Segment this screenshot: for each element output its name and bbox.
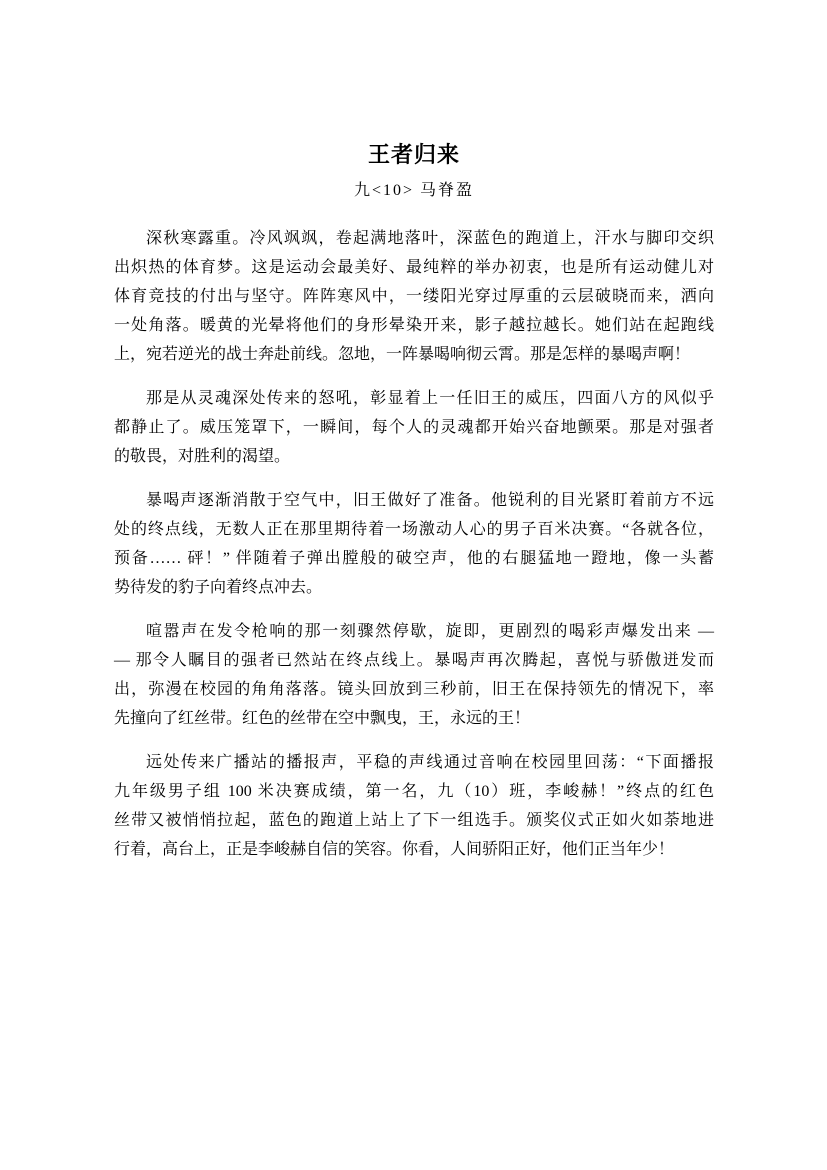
text-line: 远处传来广播站的播报声，平稳的声线通过音响在校园里回荡：“下面播报	[114, 748, 714, 777]
text-line: 体育竞技的付出与坚守。阵阵寒风中，一缕阳光穿过厚重的云层破晓而来，洒向	[114, 282, 714, 311]
document-page: 王者归来 九<10> 马脊盈 深秋寒露重。冷风飒飒，卷起满地落叶，深蓝色的跑道上…	[0, 0, 827, 1170]
text-line: 行着，高台上，正是李峻赫自信的笑容。你看，人间骄阳正好，他们正当年少！	[114, 835, 714, 864]
text-line: 预备…… 砰！” 伴随着子弹出膛般的破空声，他的右腿猛地一蹬地，像一头蓄	[114, 544, 714, 573]
text-line: 先撞向了红丝带。红色的丝带在空中飘曳，王，永远的王！	[114, 704, 714, 733]
paragraph: 喧嚣声在发令枪响的那一刻骤然停歇，旋即，更剧烈的喝彩声爆发出来 — — 那令人瞩…	[114, 617, 714, 733]
text-line: 丝带又被悄悄拉起，蓝色的跑道上站上了下一组选手。颁奖仪式正如火如荼地进	[114, 806, 714, 835]
text-line: 的敬畏，对胜利的渴望。	[114, 442, 714, 471]
text-line: 深秋寒露重。冷风飒飒，卷起满地落叶，深蓝色的跑道上，汗水与脚印交织	[114, 224, 714, 253]
text-line: 喧嚣声在发令枪响的那一刻骤然停歇，旋即，更剧烈的喝彩声爆发出来 —	[114, 617, 714, 646]
text-line: 处的终点线，无数人正在那里期待着一场激动人心的男子百米决赛。“各就各位，	[114, 515, 714, 544]
author-byline: 九<10> 马脊盈	[114, 180, 714, 202]
paragraph: 远处传来广播站的播报声，平稳的声线通过音响在校园里回荡：“下面播报 九年级男子组…	[114, 748, 714, 864]
text-line: 出炽热的体育梦。这是运动会最美好、最纯粹的举办初衷，也是所有运动健儿对	[114, 253, 714, 282]
text-line: 一处角落。暖黄的光晕将他们的身形晕染开来，影子越拉越长。她们站在起跑线	[114, 311, 714, 340]
text-line: 上，宛若逆光的战士奔赴前线。忽地，一阵暴喝响彻云霄。那是怎样的暴喝声啊！	[114, 340, 714, 369]
text-line: 都静止了。威压笼罩下，一瞬间，每个人的灵魂都开始兴奋地颤栗。那是对强者	[114, 413, 714, 442]
paragraph: 深秋寒露重。冷风飒飒，卷起满地落叶，深蓝色的跑道上，汗水与脚印交织 出炽热的体育…	[114, 224, 714, 369]
text-line: 势待发的豹子向着终点冲去。	[114, 573, 714, 602]
text-line: 那是从灵魂深处传来的怒吼，彰显着上一任旧王的威压，四面八方的风似乎	[114, 384, 714, 413]
document-content: 王者归来 九<10> 马脊盈 深秋寒露重。冷风飒飒，卷起满地落叶，深蓝色的跑道上…	[114, 140, 714, 864]
text-line: — 那令人瞩目的强者已然站在终点线上。暴喝声再次腾起，喜悦与骄傲迸发而	[114, 646, 714, 675]
paragraph: 暴喝声逐渐消散于空气中，旧王做好了准备。他锐利的目光紧盯着前方不远 处的终点线，…	[114, 486, 714, 602]
text-line: 出，弥漫在校园的角角落落。镜头回放到三秒前，旧王在保持领先的情况下，率	[114, 675, 714, 704]
document-title: 王者归来	[114, 140, 714, 170]
text-line: 九年级男子组 100 米决赛成绩，第一名，九（10）班，李峻赫！”终点的红色	[114, 777, 714, 806]
text-line: 暴喝声逐渐消散于空气中，旧王做好了准备。他锐利的目光紧盯着前方不远	[114, 486, 714, 515]
paragraph: 那是从灵魂深处传来的怒吼，彰显着上一任旧王的威压，四面八方的风似乎 都静止了。威…	[114, 384, 714, 471]
